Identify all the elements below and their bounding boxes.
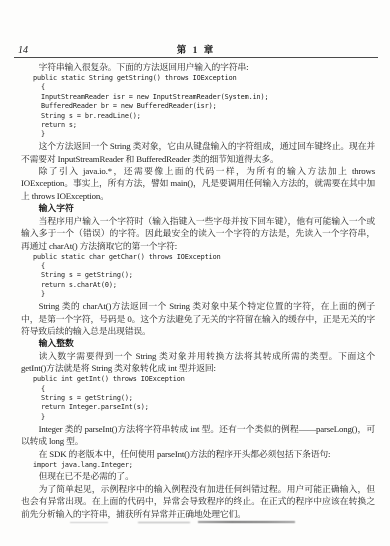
code-line: public int getInt() throws IOException	[33, 375, 375, 384]
page-body: 字符串输入很复杂。下面的方法返回用户输入的字符串:public static S…	[21, 61, 375, 520]
paragraph: String 类的 charAt()方法返回一个 String 类对象中某个特定…	[21, 300, 375, 337]
code-line: InputStreamReader isr = new InputStreamR…	[33, 93, 375, 102]
code-line: }	[33, 290, 375, 299]
paragraph: 字符串输入很复杂。下面的方法返回用户输入的字符串:	[21, 61, 375, 73]
paragraph: Integer 类的 parseInt()方法将字符串转成 int 型。还有一个…	[21, 423, 375, 448]
paragraph: 当程序用户输入一个字符时（输入指键入一些字母并按下回车键），他有可能输入一个或输…	[21, 215, 375, 252]
code-line: import java.lang.Integer;	[33, 461, 375, 470]
code-line: BufferedReader br = new BufferedReader(i…	[33, 102, 375, 111]
code-line: String s = getString();	[33, 271, 375, 280]
code-line: return s.charAt(0);	[33, 281, 375, 290]
code-line: String s = br.readLine();	[33, 112, 375, 121]
code-line: {	[33, 83, 375, 92]
code-line: public static String getString() throws …	[33, 74, 375, 83]
scan-smudge-segment	[138, 522, 190, 524]
code-line: {	[33, 262, 375, 271]
paragraph: 读入数字需要得到一个 String 类对象并用转换方法将其转成所需的类型。下面这…	[21, 350, 375, 375]
chapter-header: 第 1 章	[14, 42, 378, 56]
code-line: {	[33, 385, 375, 394]
paragraph: 但现在已不是必需的了。	[21, 470, 375, 482]
code-block: import java.lang.Integer;	[33, 461, 375, 470]
paragraph: 这个方法返回一个 String 类对象，它由从键盘输入的字符组成，通过回车键终止…	[21, 140, 375, 165]
code-line: }	[33, 130, 375, 139]
section-heading: 输入整数	[21, 337, 375, 350]
scan-artifact-line	[70, 521, 295, 524]
code-line: String s = getString();	[33, 394, 375, 403]
code-line: return Integer.parseInt(s);	[33, 403, 375, 412]
paragraph: 为了简单起见，示例程序中的输入例程没有加进任何纠错过程。用户可能正确输入，但也会…	[21, 483, 375, 520]
code-line: public static char getChar() throws IOEx…	[33, 253, 375, 262]
paragraph: 在 SDK 的老版本中，任何使用 parseInt()方法的程序开头都必须包括下…	[21, 448, 375, 460]
code-block: public static char getChar() throws IOEx…	[33, 253, 375, 300]
code-block: public int getInt() throws IOException {…	[33, 375, 375, 422]
scan-smudge-segment	[70, 522, 108, 523]
book-page: 14 第 1 章 字符串输入很复杂。下面的方法返回用户输入的字符串:public…	[0, 0, 390, 546]
section-heading: 输入字符	[21, 202, 375, 215]
code-line: return s;	[33, 121, 375, 130]
scan-smudge-segment	[198, 521, 295, 523]
code-line: }	[33, 413, 375, 422]
paragraph: 除了引入 java.io.*，还需要像上面的代码一样，为所有的输入方法加上 th…	[21, 165, 375, 202]
code-block: public static String getString() throws …	[33, 74, 375, 140]
running-header: 14 第 1 章	[14, 42, 378, 58]
